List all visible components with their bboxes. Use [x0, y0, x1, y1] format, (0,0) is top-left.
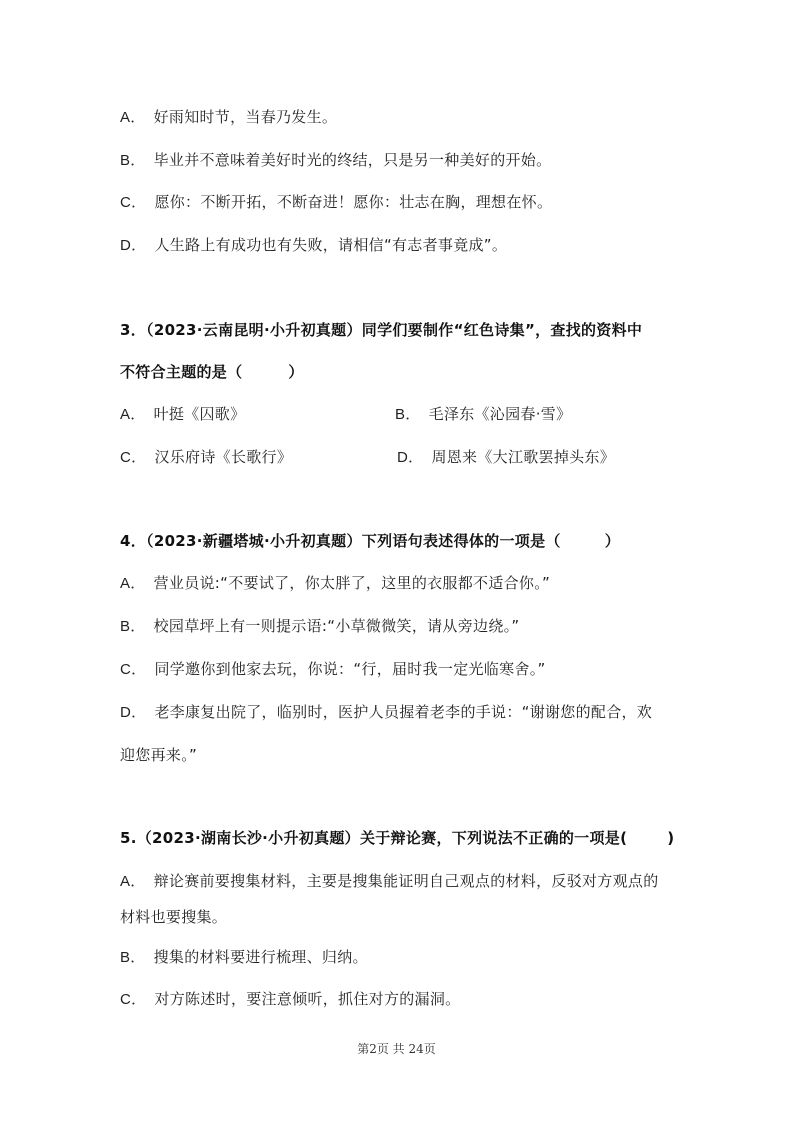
q4-option-d-continued: 迎您再来。”: [120, 745, 197, 765]
option-text: 毛泽东《沁园春·雪》: [429, 405, 572, 423]
q3-option-b: B．毛泽东《沁园春·雪》: [395, 404, 571, 425]
option-label: A．: [120, 873, 146, 890]
q2-option-d: D．人生路上有成功也有失败，请相信“有志者事竟成”。: [120, 235, 507, 256]
option-label: C．: [120, 661, 146, 678]
q3-option-a: A．叶挺《囚歌》: [120, 404, 245, 425]
q5-option-a: A．辩论赛前要搜集材料，主要是搜集能证明自己观点的材料，反驳对方观点的: [120, 871, 659, 892]
page-number-footer: 第2页 共 24页: [0, 1040, 793, 1057]
paren-close: ）: [288, 363, 303, 381]
option-text: 好雨知时节，当春乃发生。: [154, 108, 338, 126]
q4-stem-text: 4．（2023·新疆塔城·小升初真题）下列语句表述得体的一项是（: [120, 532, 561, 550]
q4-option-c: C．同学邀你到他家去玩，你说：“行，届时我一定光临寒舍。”: [120, 659, 546, 680]
option-label: C．: [120, 194, 146, 211]
q4-option-b: B．校园草坪上有一则提示语:“小草微微笑，请从旁边绕。”: [120, 616, 520, 637]
q3-stem-text: 不符合主题的是（: [120, 363, 242, 381]
q3-stem-line1: 3．（2023·云南昆明·小升初真题）同学们要制作“红色诗集”，查找的资料中: [120, 320, 642, 340]
option-label: C．: [120, 449, 146, 466]
q4-stem: 4．（2023·新疆塔城·小升初真题）下列语句表述得体的一项是（）: [120, 531, 620, 551]
option-label: A．: [120, 406, 146, 423]
option-label: A．: [120, 575, 146, 592]
option-text: 周恩来《大江歌罢掉头东》: [431, 448, 615, 466]
q3-stem-line2: 不符合主题的是（）: [120, 362, 304, 382]
option-text: 叶挺《囚歌》: [154, 405, 246, 423]
option-label: D．: [120, 237, 146, 254]
option-text: 校园草坪上有一则提示语:“小草微微笑，请从旁边绕。”: [154, 617, 520, 635]
q3-option-c: C．汉乐府诗《长歌行》: [120, 447, 292, 468]
option-text: 同学邀你到他家去玩，你说：“行，届时我一定光临寒舍。”: [154, 660, 545, 678]
q5-option-b: B．搜集的材料要进行梳理、归纳。: [120, 947, 368, 968]
q2-option-a: A．好雨知时节，当春乃发生。: [120, 107, 337, 128]
option-text: 汉乐府诗《长歌行》: [154, 448, 292, 466]
paren-close: ）: [605, 532, 620, 550]
option-label: B．: [395, 406, 421, 423]
option-text: 对方陈述时，要注意倾听，抓住对方的漏洞。: [154, 990, 460, 1008]
q5-option-a-continued: 材料也要搜集。: [120, 907, 227, 927]
option-label: D．: [120, 704, 146, 721]
option-text: 营业员说:“不要试了，你太胖了，这里的衣服都不适合你。”: [154, 574, 551, 592]
option-label: C．: [120, 991, 146, 1008]
option-label: B．: [120, 949, 146, 966]
option-text: 辩论赛前要搜集材料，主要是搜集能证明自己观点的材料，反驳对方观点的: [154, 872, 659, 890]
paren-close: ): [667, 829, 674, 847]
q3-option-d: D．周恩来《大江歌罢掉头东》: [397, 447, 615, 468]
q2-option-c: C．愿你：不断开拓，不断奋进！愿你：壮志在胸，理想在怀。: [120, 192, 552, 213]
q4-option-a: A．营业员说:“不要试了，你太胖了，这里的衣服都不适合你。”: [120, 573, 550, 594]
option-text: 毕业并不意味着美好时光的终结，只是另一种美好的开始。: [154, 151, 552, 169]
q2-option-b: B．毕业并不意味着美好时光的终结，只是另一种美好的开始。: [120, 150, 551, 171]
option-label: D．: [397, 449, 423, 466]
option-text: 搜集的材料要进行梳理、归纳。: [154, 948, 368, 966]
option-label: B．: [120, 618, 146, 635]
option-text: 老李康复出院了，临别时，医护人员握着老李的手说：“谢谢您的配合，欢: [154, 703, 652, 721]
option-text: 人生路上有成功也有失败，请相信“有志者事竟成”。: [154, 236, 507, 254]
option-text: 愿你：不断开拓，不断奋进！愿你：壮志在胸，理想在怀。: [154, 193, 552, 211]
option-label: B．: [120, 152, 146, 169]
q5-option-c: C．对方陈述时，要注意倾听，抓住对方的漏洞。: [120, 989, 460, 1010]
q5-stem: 5.（2023·湖南长沙·小升初真题）关于辩论赛，下列说法不正确的一项是(): [120, 828, 674, 848]
q4-option-d: D．老李康复出院了，临别时，医护人员握着老李的手说：“谢谢您的配合，欢: [120, 702, 652, 723]
option-label: A．: [120, 109, 146, 126]
q5-stem-text: 5.（2023·湖南长沙·小升初真题）关于辩论赛，下列说法不正确的一项是(: [120, 829, 627, 847]
